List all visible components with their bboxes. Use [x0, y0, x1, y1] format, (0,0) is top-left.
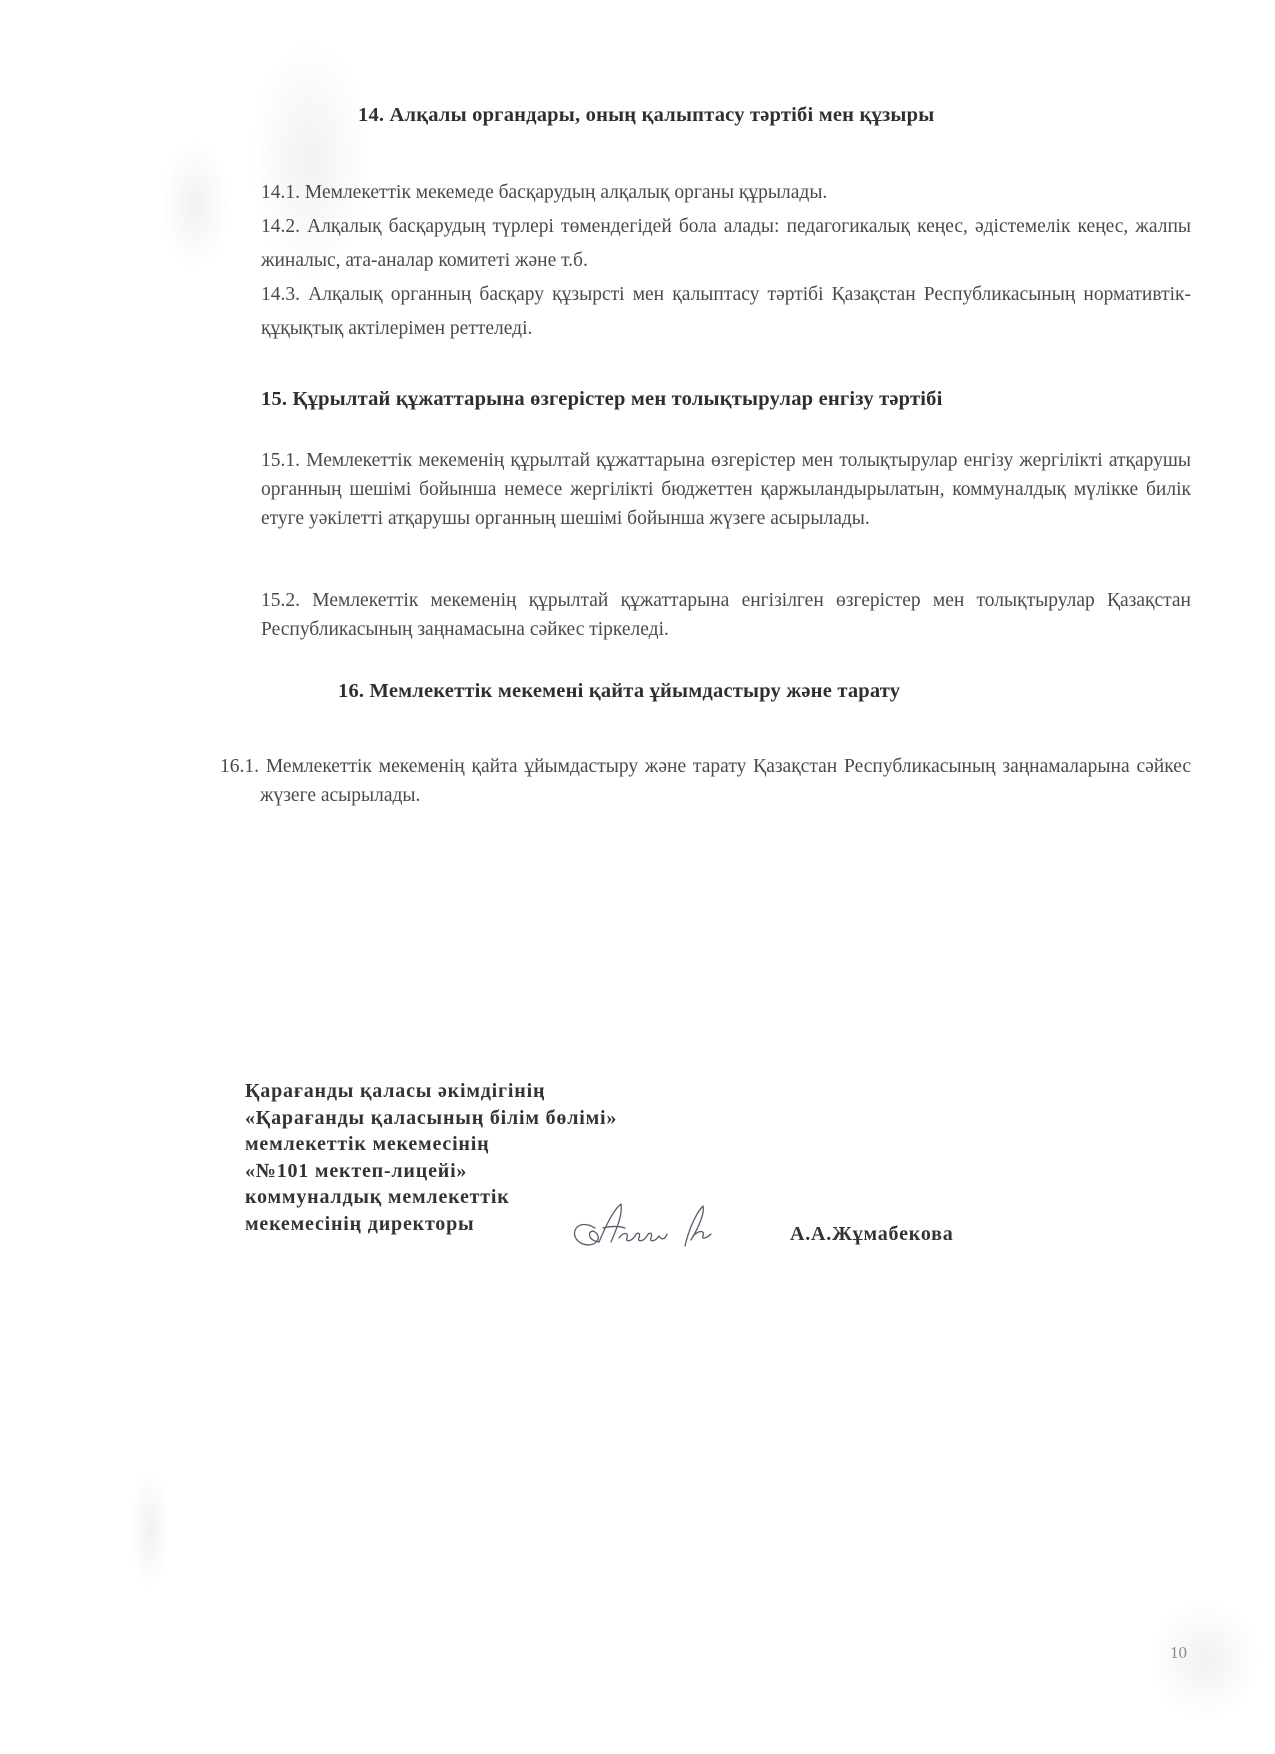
scan-smudge	[1150, 1600, 1260, 1720]
signature-block: Қарағанды қаласы әкімдігінің «Қарағанды …	[245, 1078, 617, 1237]
document-page: 14. Алқалы органдары, оның қалыптасу тәр…	[0, 0, 1275, 1754]
signature-line: коммуналдық мемлекеттік	[245, 1184, 617, 1211]
signature-line: мемлекеттік мекемесінің	[245, 1131, 617, 1158]
handwritten-signature-icon	[565, 1198, 735, 1258]
paragraph-16-1: 16.1. Мемлекеттік мекеменің қайта ұйымда…	[220, 752, 1191, 810]
section-heading-15: 15. Құрылтай құжаттарына өзгерістер мен …	[261, 388, 943, 411]
page-number: 10	[1170, 1643, 1187, 1663]
paragraph-14-2: 14.2. Алқалық басқарудың түрлері төменде…	[261, 210, 1191, 278]
signature-line: «Қарағанды қаласының білім бөлімі»	[245, 1105, 617, 1132]
signature-line: Қарағанды қаласы әкімдігінің	[245, 1078, 617, 1105]
section-heading-14: 14. Алқалы органдары, оның қалыптасу тәр…	[358, 104, 934, 127]
signature-line: мекемесінің директоры	[245, 1211, 617, 1238]
signature-line: «№101 мектеп-лицейі»	[245, 1158, 617, 1185]
scan-smudge	[160, 140, 230, 270]
signer-name: А.А.Жұмабекова	[790, 1223, 954, 1246]
paragraph-15-1: 15.1. Мемлекеттік мекеменің құрылтай құж…	[261, 446, 1191, 533]
paragraph-15-2: 15.2. Мемлекеттік мекеменің құрылтай құж…	[261, 586, 1191, 644]
paragraph-14-3: 14.3. Алқалық органның басқару құзырсті …	[261, 278, 1191, 346]
section-heading-16: 16. Мемлекеттік мекемені қайта ұйымдасты…	[338, 680, 900, 703]
scan-smudge	[130, 1470, 170, 1590]
paragraph-14-1: 14.1. Мемлекеттік мекемеде басқарудың ал…	[261, 176, 1191, 210]
